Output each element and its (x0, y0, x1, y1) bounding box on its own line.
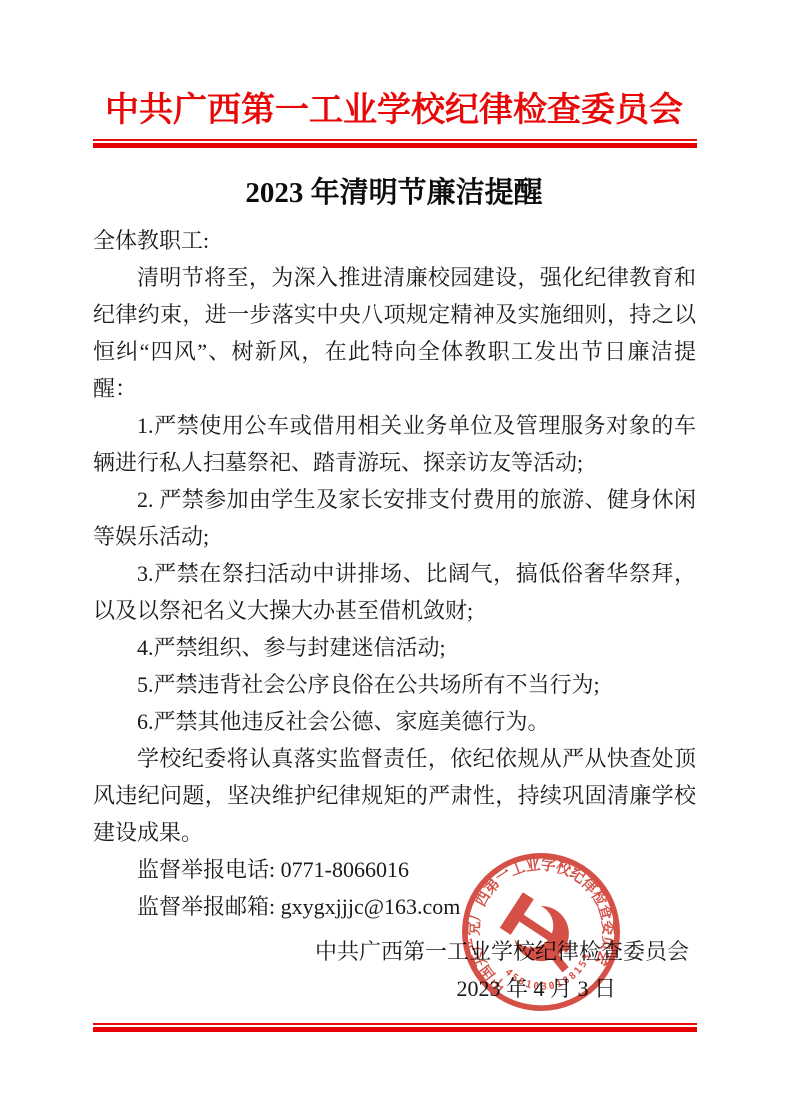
official-seal: 中国共产党广西第一工业学校纪律检查委员会 4501030188153 (445, 836, 637, 1028)
rule-item-6: 6.严禁其他违反社会公德、家庭美德行为。 (93, 703, 696, 740)
hammer-and-sickle-icon (499, 889, 577, 980)
email-label: 监督举报邮箱: (137, 894, 281, 919)
document-page: 中共广西第一工业学校纪律检查委员会 2023 年清明节廉洁提醒 全体教职工: 清… (0, 0, 788, 1114)
rule-item-5: 5.严禁违背社会公序良俗在公共场所有不当行为; (93, 666, 696, 703)
salutation-line: 全体教职工: (93, 222, 696, 259)
footer-divider (93, 1023, 697, 1032)
phone-number: 0771-8066016 (281, 857, 409, 882)
rule-item-4: 4.严禁组织、参与封建迷信活动; (93, 629, 696, 666)
phone-label: 监督举报电话: (137, 857, 281, 882)
closing-paragraph: 学校纪委将认真落实监督责任，依纪依规从严从快查处顶风违纪问题，坚决维护纪律规矩的… (93, 740, 696, 851)
rule-item-1: 1.严禁使用公车或借用相关业务单位及管理服务对象的车辆进行私人扫墓祭祀、踏青游玩… (93, 407, 696, 481)
intro-paragraph: 清明节将至，为深入推进清廉校园建设，强化纪律教育和纪律约束，进一步落实中央八项规… (93, 259, 696, 407)
body-text: 全体教职工: 清明节将至，为深入推进清廉校园建设，强化纪律教育和纪律约束，进一步… (93, 222, 696, 925)
rule-item-2: 2. 严禁参加由学生及家长安排支付费用的旅游、健身休闲等娱乐活动; (93, 481, 696, 555)
rule-item-3: 3.严禁在祭扫活动中讲排场、比阔气，搞低俗奢华祭拜，以及以祭祀名义大操大办甚至借… (93, 555, 696, 629)
header-divider (93, 139, 697, 148)
doc-title: 2023 年清明节廉洁提醒 (0, 170, 788, 211)
letterhead-title: 中共广西第一工业学校纪律检查委员会 (0, 82, 788, 131)
email-address: gxygxjjjc@163.com (281, 894, 461, 919)
